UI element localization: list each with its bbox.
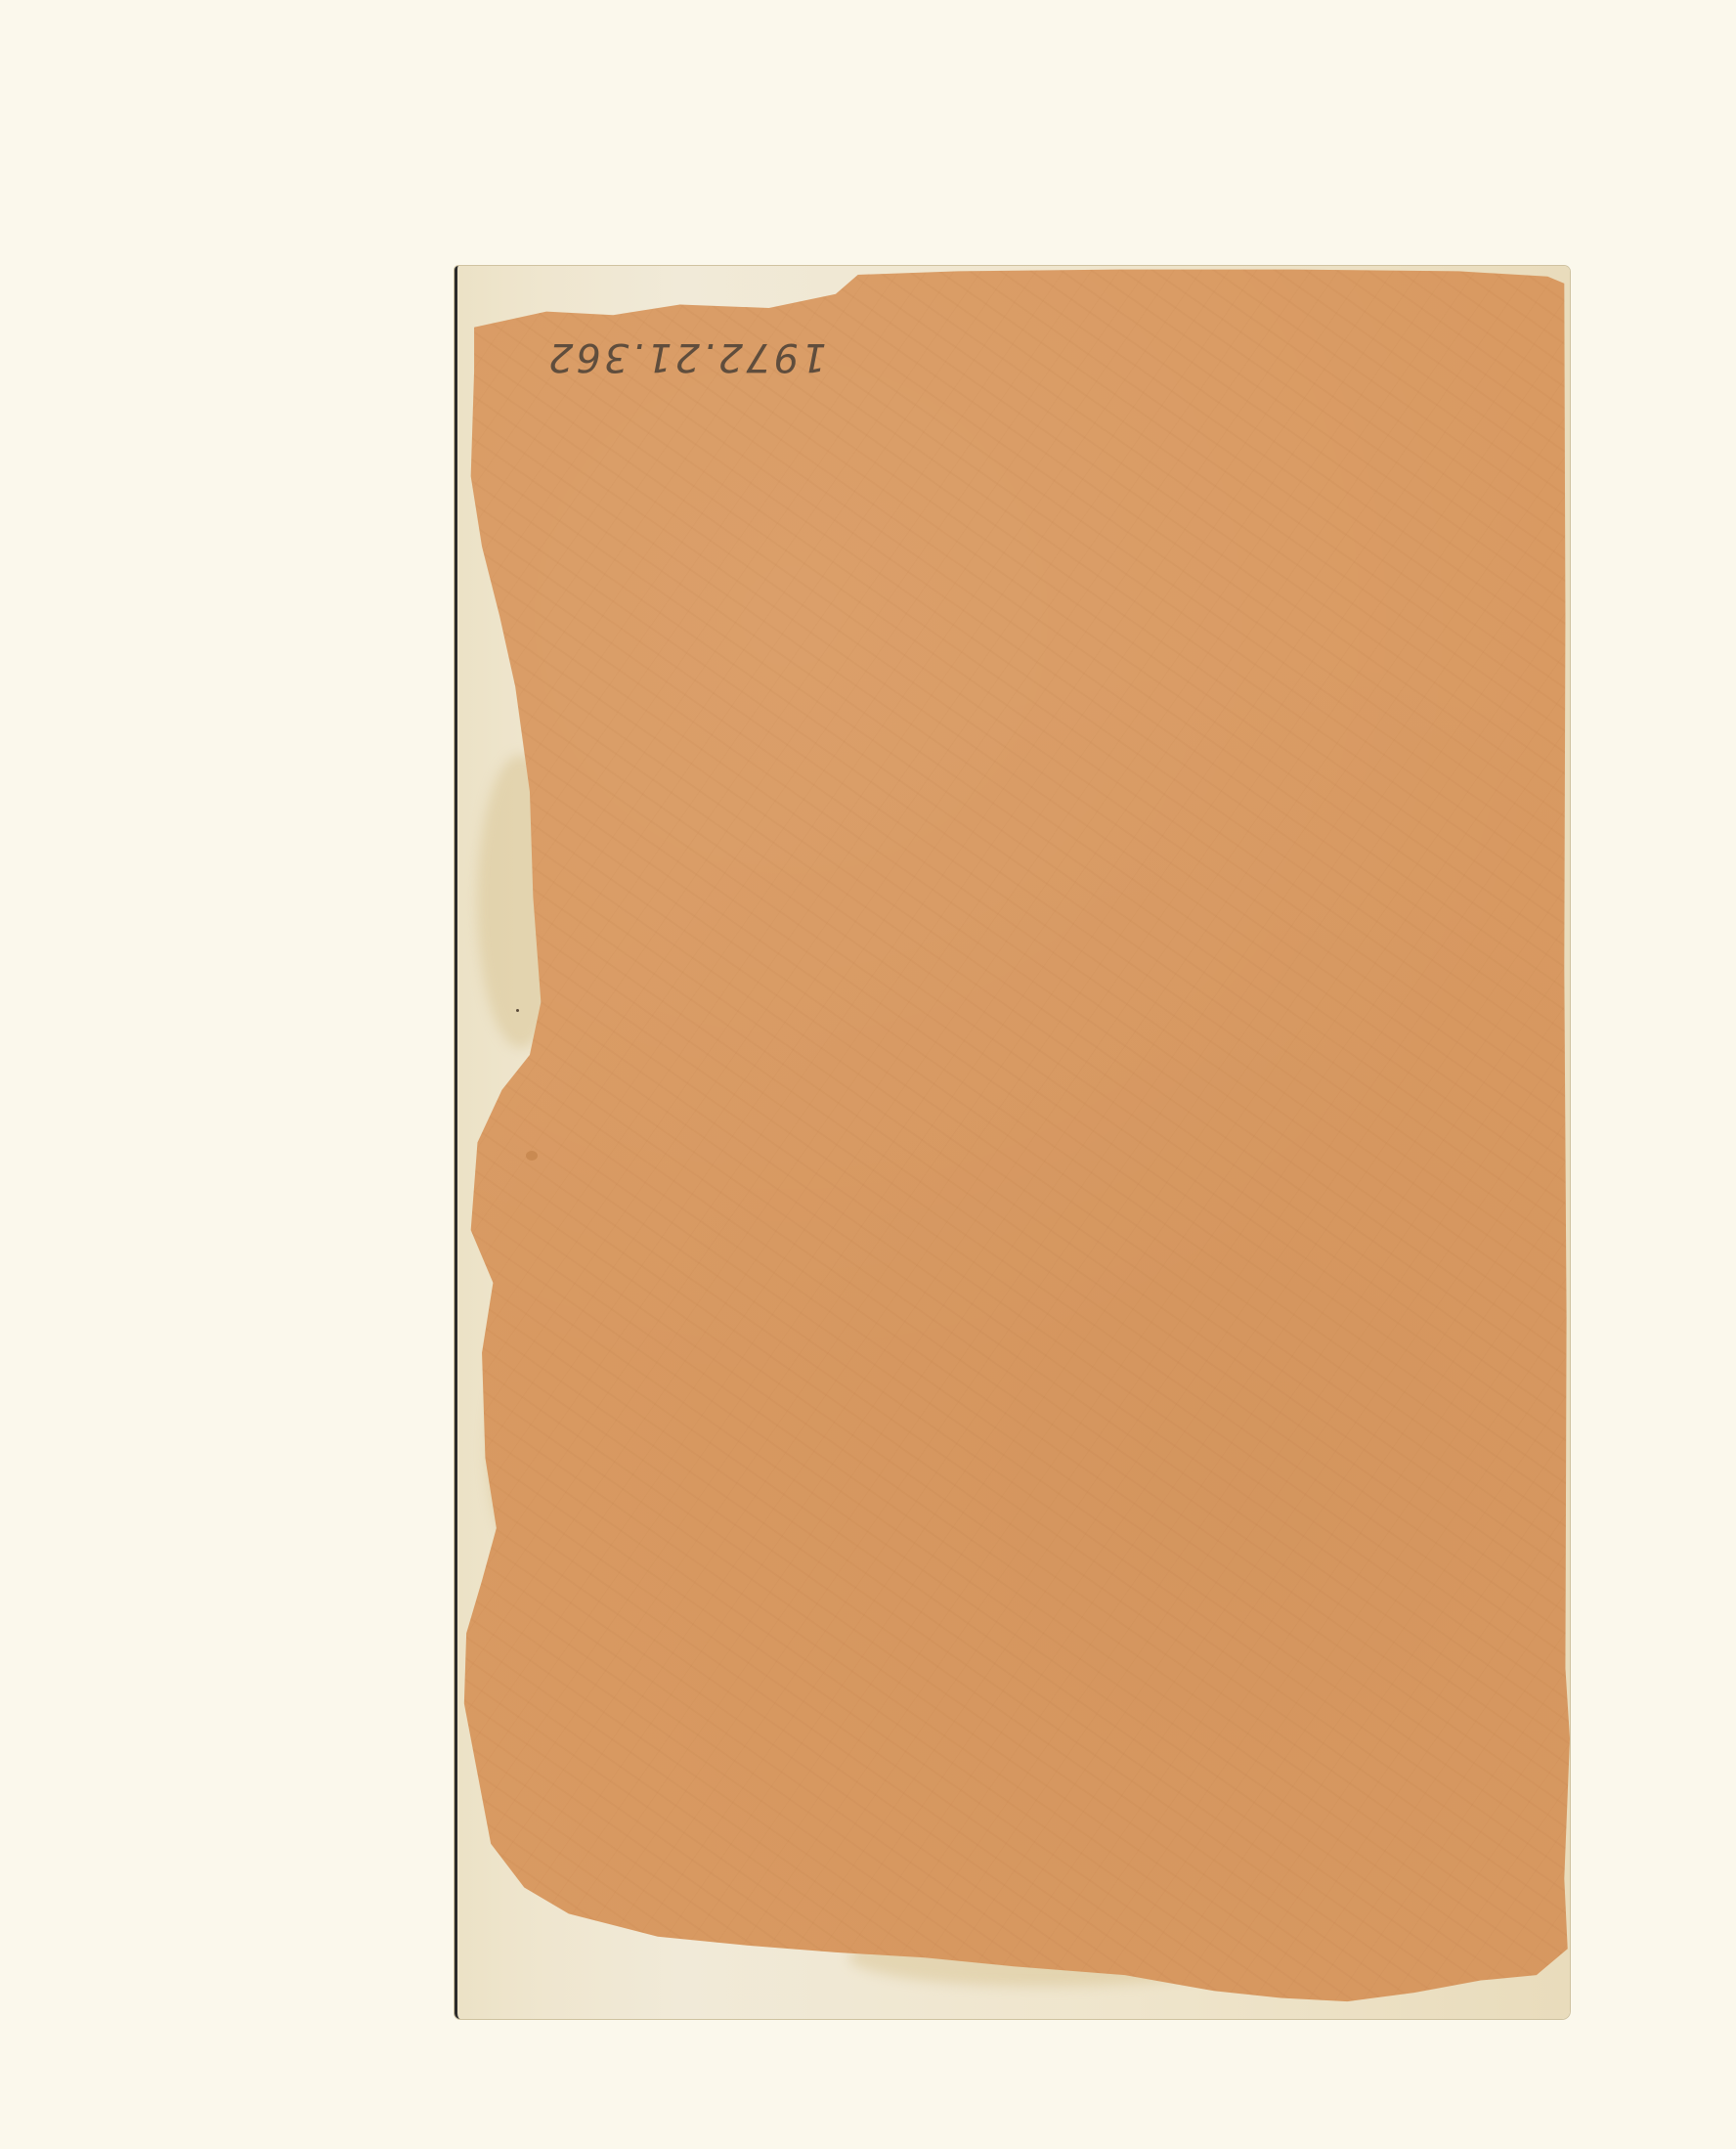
torn-paper-layer bbox=[457, 266, 1570, 2019]
speck bbox=[516, 1009, 519, 1012]
paper-fibers bbox=[457, 266, 1570, 2019]
inventory-number: 1972.21.362 bbox=[545, 334, 826, 379]
card-mount: 1972.21.362 bbox=[455, 266, 1570, 2019]
speck bbox=[526, 1151, 538, 1161]
